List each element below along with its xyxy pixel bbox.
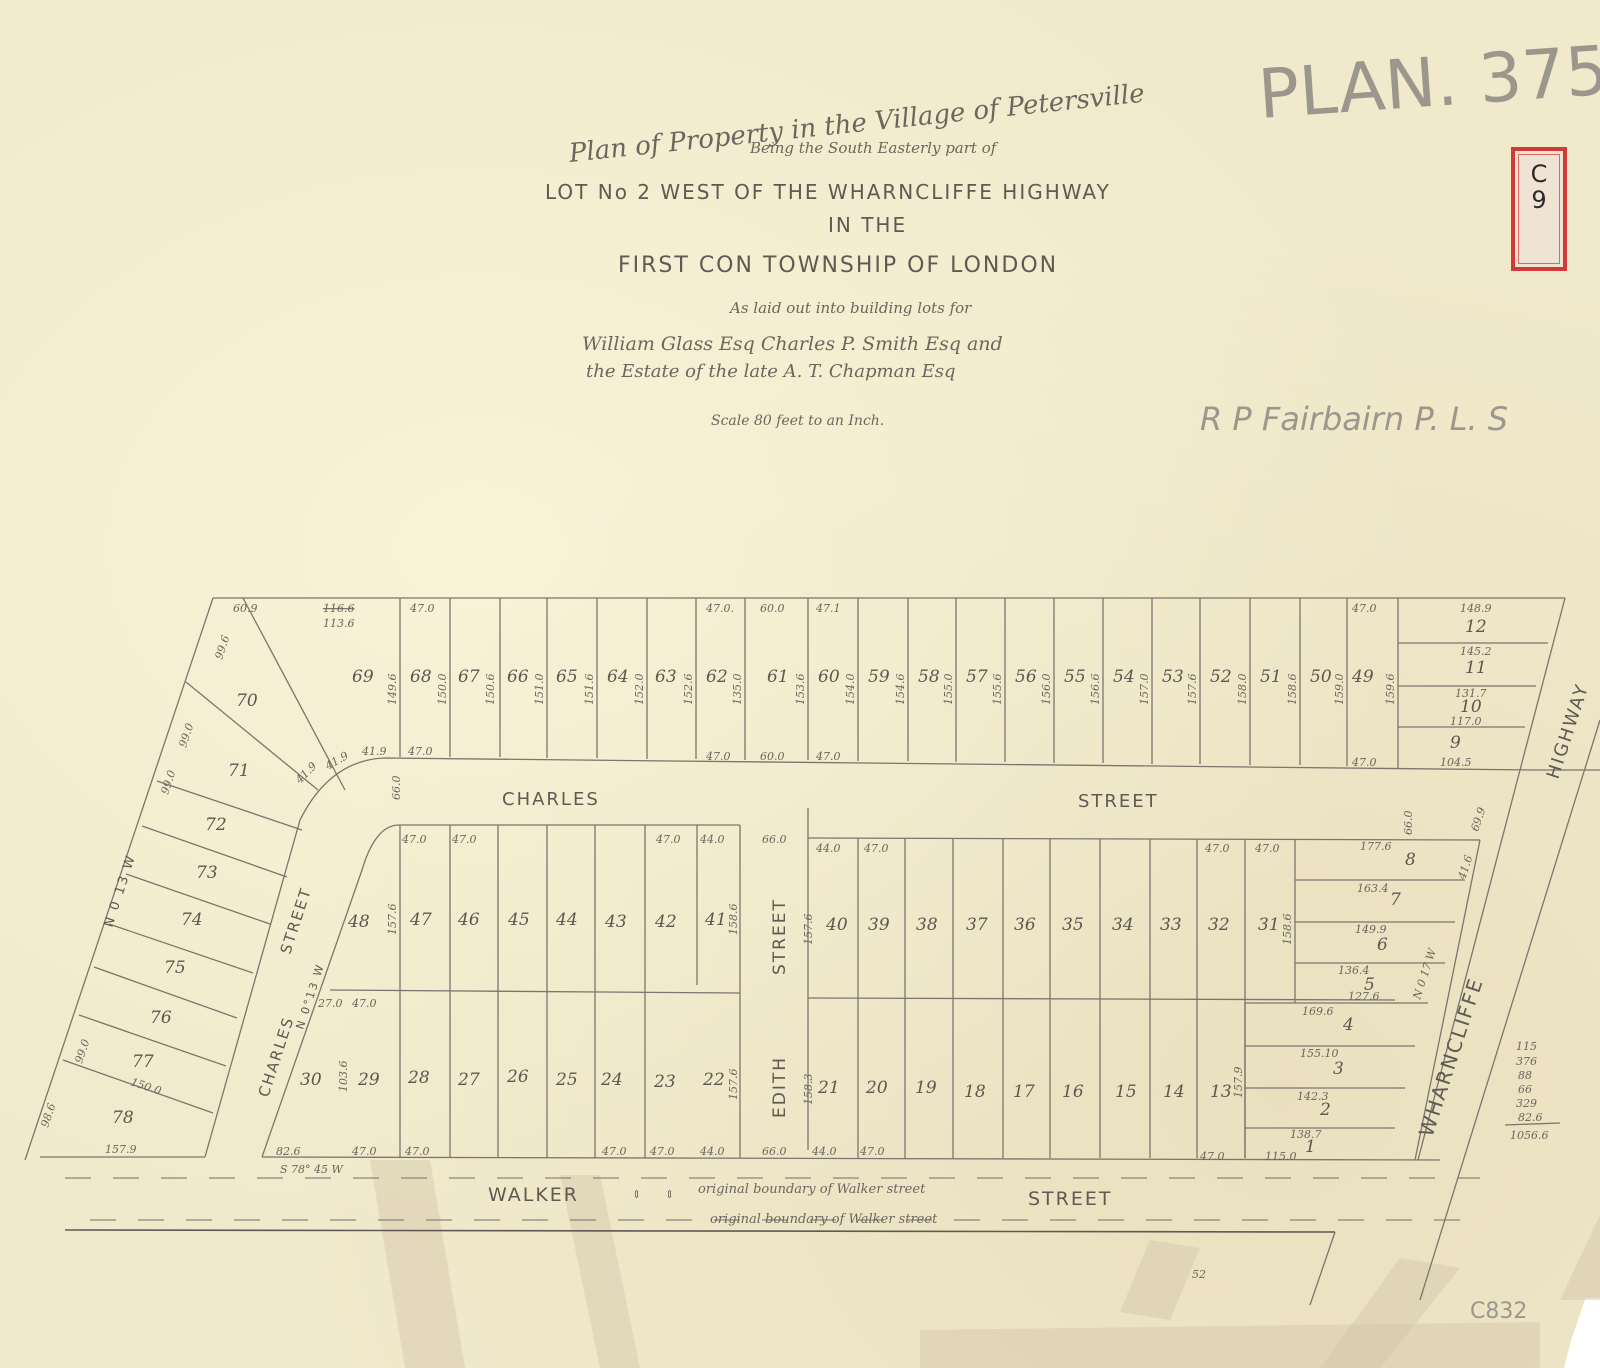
svg-text:29: 29 bbox=[357, 1070, 380, 1090]
svg-text:34: 34 bbox=[1112, 915, 1134, 935]
svg-text:163.4: 163.4 bbox=[1357, 882, 1389, 895]
svg-text:157.6: 157.6 bbox=[802, 914, 815, 946]
title-line-5: FIRST CON TOWNSHIP OF LONDON bbox=[618, 253, 1058, 278]
svg-text:15: 15 bbox=[1115, 1082, 1137, 1102]
svg-text:22: 22 bbox=[702, 1070, 725, 1090]
lot-number: 49 bbox=[1351, 667, 1374, 687]
svg-text:PLAN. 375: PLAN. 375 bbox=[1256, 32, 1600, 135]
title-line-3: LOT No 2 WEST OF THE WHARNCLIFFE HIGHWAY bbox=[545, 180, 1111, 204]
wharncliffe-low-lots: 169.6 4 155.10 3 142.3 2 138.7 1 bbox=[1290, 1005, 1354, 1157]
svg-text:1056.6: 1056.6 bbox=[1510, 1129, 1549, 1142]
svg-text:44.0: 44.0 bbox=[699, 1145, 725, 1158]
svg-text:152.0: 152.0 bbox=[633, 674, 646, 706]
catalogue-number: C832 bbox=[1470, 1299, 1527, 1324]
svg-text:116.6: 116.6 bbox=[323, 602, 355, 615]
svg-text:44: 44 bbox=[555, 910, 578, 930]
svg-text:158.0: 158.0 bbox=[1236, 674, 1249, 706]
svg-text:60.0: 60.0 bbox=[760, 602, 785, 615]
svg-text:19: 19 bbox=[915, 1078, 937, 1098]
svg-text:127.6: 127.6 bbox=[1348, 990, 1380, 1003]
lot-number: 62 bbox=[706, 667, 728, 687]
svg-text:47.0: 47.0 bbox=[1199, 1150, 1225, 1163]
survey-plan-sheet: C 9 PLAN. 375 Plan of Property in the Vi… bbox=[0, 0, 1600, 1368]
svg-text:157.9: 157.9 bbox=[1232, 1067, 1245, 1099]
street-label-edith-street: STREET bbox=[770, 898, 790, 975]
svg-text:159.0: 159.0 bbox=[1333, 674, 1346, 706]
title-line-7: William Glass Esq Charles P. Smith Esq a… bbox=[582, 333, 1003, 355]
svg-text:150.0: 150.0 bbox=[436, 674, 449, 706]
lot-number: 59 bbox=[868, 667, 890, 687]
svg-text:35: 35 bbox=[1062, 915, 1084, 935]
svg-text:21: 21 bbox=[817, 1078, 840, 1098]
lot-number: 54 bbox=[1113, 667, 1135, 687]
svg-text:10: 10 bbox=[1460, 697, 1482, 717]
street-label-charles-diagonal: CHARLES bbox=[255, 1014, 298, 1099]
svg-text:158.3: 158.3 bbox=[802, 1074, 815, 1106]
svg-text:103.6: 103.6 bbox=[337, 1061, 350, 1093]
bearing-walker: S 78° 45 W bbox=[280, 1163, 345, 1176]
svg-text:28: 28 bbox=[407, 1068, 430, 1088]
street-label-walker-street: STREET bbox=[1028, 1188, 1112, 1210]
svg-text:⇕: ⇕ bbox=[665, 1188, 674, 1201]
svg-text:46: 46 bbox=[457, 910, 480, 930]
svg-text:47.0.: 47.0. bbox=[705, 602, 734, 615]
svg-text:47.0: 47.0 bbox=[404, 1145, 430, 1158]
svg-text:12: 12 bbox=[1465, 617, 1487, 637]
title-line-6: As laid out into building lots for bbox=[728, 299, 972, 317]
svg-text:16: 16 bbox=[1062, 1082, 1084, 1102]
svg-text:159.6: 159.6 bbox=[1384, 674, 1397, 706]
svg-text:11: 11 bbox=[1465, 658, 1487, 678]
svg-text:47.0: 47.0 bbox=[401, 833, 427, 846]
svg-text:145.2: 145.2 bbox=[1460, 645, 1492, 658]
svg-text:154.6: 154.6 bbox=[894, 674, 907, 706]
svg-text:74: 74 bbox=[181, 910, 203, 930]
svg-text:115.0: 115.0 bbox=[1265, 1150, 1297, 1163]
svg-text:31: 31 bbox=[1258, 915, 1280, 935]
row3-west-lots: 30 29 28 27 26 25 24 23 22 27.0 47.0 103… bbox=[276, 997, 740, 1158]
lot-number: 60 bbox=[818, 667, 840, 687]
lot-number: 68 bbox=[410, 667, 432, 687]
svg-text:47.0: 47.0 bbox=[815, 750, 841, 763]
svg-text:157.0: 157.0 bbox=[1138, 674, 1151, 706]
title-line-8: the Estate of the late A. T. Chapman Esq bbox=[586, 361, 956, 382]
lot-number: 52 bbox=[1210, 667, 1232, 687]
street-label-street-top: STREET bbox=[1078, 791, 1159, 812]
svg-text:76: 76 bbox=[150, 1008, 172, 1028]
row2-east-lots: 40 39 38 37 36 35 34 33 32 31 44.0 47.0 … bbox=[802, 842, 1294, 945]
svg-text:66.0: 66.0 bbox=[762, 1145, 787, 1158]
svg-text:26: 26 bbox=[506, 1067, 529, 1087]
surveyor-signature: R P Fairbairn P. L. S bbox=[1200, 400, 1508, 438]
svg-text:157.6: 157.6 bbox=[727, 1069, 740, 1101]
svg-text:44.0: 44.0 bbox=[815, 842, 841, 855]
svg-text:88: 88 bbox=[1518, 1069, 1532, 1082]
plan-number: PLAN. 375 bbox=[1256, 32, 1600, 135]
plan-linework bbox=[25, 598, 1600, 1305]
svg-text:44.0: 44.0 bbox=[811, 1145, 837, 1158]
original-boundary-note-1: original boundary of Walker street bbox=[698, 1182, 926, 1197]
svg-text:3: 3 bbox=[1333, 1059, 1344, 1079]
svg-text:157.9: 157.9 bbox=[105, 1143, 137, 1156]
svg-text:47.0: 47.0 bbox=[409, 602, 435, 615]
svg-text:329: 329 bbox=[1516, 1097, 1537, 1110]
svg-text:23: 23 bbox=[653, 1072, 676, 1092]
svg-text:1: 1 bbox=[1305, 1137, 1316, 1157]
svg-text:7: 7 bbox=[1390, 890, 1401, 910]
pencil-note: 52 bbox=[1192, 1268, 1206, 1281]
svg-text:47.0: 47.0 bbox=[863, 842, 889, 855]
svg-text:73: 73 bbox=[196, 863, 218, 883]
svg-text:2: 2 bbox=[1319, 1100, 1331, 1120]
svg-text:47.0: 47.0 bbox=[1204, 842, 1230, 855]
svg-text:156.6: 156.6 bbox=[1089, 674, 1102, 706]
row1-depths: 149.6 150.0 150.6 151.0 151.6 152.0 152.… bbox=[386, 674, 1397, 706]
svg-text:41.9: 41.9 bbox=[292, 760, 319, 787]
svg-text:104.5: 104.5 bbox=[1440, 756, 1472, 769]
svg-text:27: 27 bbox=[457, 1070, 480, 1090]
svg-text:99.0: 99.0 bbox=[176, 722, 196, 749]
svg-text:41.9: 41.9 bbox=[322, 749, 351, 773]
svg-text:148.9: 148.9 bbox=[1460, 602, 1492, 615]
svg-text:20: 20 bbox=[865, 1078, 888, 1098]
svg-text:70: 70 bbox=[236, 691, 258, 711]
svg-text:177.6: 177.6 bbox=[1360, 840, 1392, 853]
svg-text:27.0: 27.0 bbox=[317, 997, 343, 1010]
svg-text:151.6: 151.6 bbox=[583, 674, 596, 706]
svg-text:25: 25 bbox=[555, 1070, 578, 1090]
svg-text:150.6: 150.6 bbox=[484, 674, 497, 706]
svg-text:72: 72 bbox=[205, 815, 227, 835]
svg-text:60.0: 60.0 bbox=[760, 750, 785, 763]
lot-number: 61 bbox=[767, 667, 789, 687]
svg-text:47.0: 47.0 bbox=[351, 1145, 377, 1158]
svg-text:66: 66 bbox=[1518, 1083, 1532, 1096]
lot-number: 57 bbox=[966, 667, 988, 687]
lot-number: 55 bbox=[1064, 667, 1086, 687]
svg-text:66.0: 66.0 bbox=[390, 776, 403, 801]
svg-text:41: 41 bbox=[704, 910, 727, 930]
svg-text:82.6: 82.6 bbox=[1518, 1111, 1543, 1124]
svg-text:44.0: 44.0 bbox=[699, 833, 725, 846]
bearing-wharncliffe: N 0 17 W bbox=[1410, 945, 1439, 1001]
svg-text:47.0: 47.0 bbox=[705, 750, 731, 763]
svg-text:152.6: 152.6 bbox=[682, 674, 695, 706]
svg-text:157.6: 157.6 bbox=[386, 904, 399, 936]
svg-text:18: 18 bbox=[964, 1082, 986, 1102]
svg-text:45: 45 bbox=[507, 910, 530, 930]
svg-text:⇕: ⇕ bbox=[632, 1188, 641, 1201]
svg-text:37: 37 bbox=[966, 915, 988, 935]
svg-text:47.0: 47.0 bbox=[1351, 602, 1377, 615]
svg-text:47.0: 47.0 bbox=[451, 833, 477, 846]
svg-text:77: 77 bbox=[132, 1052, 154, 1072]
svg-text:155.0: 155.0 bbox=[942, 674, 955, 706]
svg-text:71: 71 bbox=[228, 761, 250, 781]
bearing-west: N 0 13 W bbox=[102, 853, 140, 930]
svg-text:98.6: 98.6 bbox=[38, 1102, 58, 1129]
svg-text:48: 48 bbox=[347, 912, 370, 932]
lot-number: 51 bbox=[1260, 667, 1282, 687]
lot-number: 53 bbox=[1162, 667, 1184, 687]
svg-text:156.0: 156.0 bbox=[1040, 674, 1053, 706]
lot-number: 50 bbox=[1310, 667, 1332, 687]
lot-number: 63 bbox=[655, 667, 677, 687]
scale-note: Scale 80 feet to an Inch. bbox=[711, 413, 884, 429]
svg-text:99.6: 99.6 bbox=[212, 634, 232, 661]
svg-text:33: 33 bbox=[1160, 915, 1182, 935]
svg-text:38: 38 bbox=[916, 915, 938, 935]
svg-text:32: 32 bbox=[1208, 915, 1230, 935]
svg-text:36: 36 bbox=[1014, 915, 1036, 935]
svg-text:60.9: 60.9 bbox=[233, 602, 258, 615]
street-label-edith: EDITH bbox=[770, 1056, 790, 1118]
svg-text:376: 376 bbox=[1516, 1055, 1537, 1068]
svg-text:149.6: 149.6 bbox=[386, 674, 399, 706]
svg-text:47.1: 47.1 bbox=[815, 602, 841, 615]
svg-text:43: 43 bbox=[604, 912, 627, 932]
tally-column: 115 376 88 66 329 82.6 1056.6 bbox=[1505, 1040, 1560, 1142]
plan-drawing: PLAN. 375 Plan of Property in the Villag… bbox=[0, 0, 1600, 1368]
svg-text:17: 17 bbox=[1013, 1082, 1035, 1102]
svg-text:135.0: 135.0 bbox=[731, 674, 744, 706]
svg-text:158.6: 158.6 bbox=[1286, 674, 1299, 706]
lot-number: 69 bbox=[352, 667, 374, 687]
wharncliffe-mid-lots: 177.6 8 163.4 7 149.9 6 136.4 5 127.6 66… bbox=[1338, 806, 1488, 1003]
svg-text:158.6: 158.6 bbox=[1281, 914, 1294, 946]
title-line-4: IN THE bbox=[828, 213, 907, 237]
svg-text:151.0: 151.0 bbox=[533, 674, 546, 706]
svg-text:24: 24 bbox=[600, 1070, 623, 1090]
row3-east-lots: 21 20 19 18 17 16 15 14 13 158.3 66.0 44… bbox=[762, 1067, 1297, 1164]
svg-text:115: 115 bbox=[1516, 1040, 1537, 1053]
svg-text:69.9: 69.9 bbox=[1468, 806, 1488, 833]
original-boundary-note-2: original boundary of Walker street bbox=[710, 1212, 938, 1227]
svg-text:42: 42 bbox=[654, 912, 677, 932]
svg-text:47.0: 47.0 bbox=[351, 997, 377, 1010]
svg-text:169.6: 169.6 bbox=[1302, 1005, 1334, 1018]
street-label-charles: CHARLES bbox=[502, 789, 600, 810]
svg-text:75: 75 bbox=[164, 958, 186, 978]
svg-text:30: 30 bbox=[300, 1070, 322, 1090]
svg-text:41.9: 41.9 bbox=[361, 745, 387, 758]
svg-text:40: 40 bbox=[825, 915, 848, 935]
svg-text:154.0: 154.0 bbox=[844, 674, 857, 706]
svg-text:99.0: 99.0 bbox=[72, 1038, 92, 1065]
lot-number: 64 bbox=[607, 667, 629, 687]
lot-number: 67 bbox=[458, 667, 480, 687]
svg-text:47.0: 47.0 bbox=[1254, 842, 1280, 855]
svg-text:78: 78 bbox=[112, 1108, 134, 1128]
svg-text:157.6: 157.6 bbox=[1186, 674, 1199, 706]
svg-text:4: 4 bbox=[1342, 1015, 1354, 1035]
svg-text:14: 14 bbox=[1163, 1082, 1185, 1102]
svg-text:47.0: 47.0 bbox=[859, 1145, 885, 1158]
svg-text:47.0: 47.0 bbox=[1351, 756, 1377, 769]
svg-text:47.0: 47.0 bbox=[407, 745, 433, 758]
svg-text:47.0: 47.0 bbox=[601, 1145, 627, 1158]
svg-text:47: 47 bbox=[409, 910, 432, 930]
svg-text:39: 39 bbox=[868, 915, 890, 935]
street-label-walker: WALKER bbox=[488, 1184, 579, 1206]
street-label-street-diagonal: STREET bbox=[277, 885, 316, 956]
svg-text:153.6: 153.6 bbox=[794, 674, 807, 706]
svg-text:82.6: 82.6 bbox=[276, 1145, 301, 1158]
svg-text:158.6: 158.6 bbox=[727, 904, 740, 936]
svg-text:113.6: 113.6 bbox=[323, 617, 355, 630]
svg-text:6: 6 bbox=[1377, 935, 1388, 955]
title-line-2: Being the South Easterly part of bbox=[749, 139, 999, 157]
lot-number: 56 bbox=[1015, 667, 1037, 687]
svg-text:155.6: 155.6 bbox=[991, 674, 1004, 706]
svg-text:66.0: 66.0 bbox=[1402, 811, 1415, 836]
svg-text:8: 8 bbox=[1405, 850, 1416, 870]
svg-text:9: 9 bbox=[1450, 733, 1461, 753]
row1-lots: 69 68 67 66 65 64 63 62 61 60 59 58 57 5… bbox=[352, 667, 1374, 687]
svg-text:13: 13 bbox=[1210, 1082, 1232, 1102]
lot-number: 58 bbox=[918, 667, 940, 687]
lot-number: 65 bbox=[556, 667, 578, 687]
title-block: Plan of Property in the Village of Peter… bbox=[545, 79, 1146, 429]
lot-number: 66 bbox=[507, 667, 529, 687]
svg-text:117.0: 117.0 bbox=[1450, 715, 1482, 728]
svg-text:150.0: 150.0 bbox=[129, 1075, 163, 1097]
svg-text:47.0: 47.0 bbox=[649, 1145, 675, 1158]
svg-text:99.0: 99.0 bbox=[158, 769, 178, 796]
svg-text:47.0: 47.0 bbox=[655, 833, 681, 846]
svg-text:66.0: 66.0 bbox=[762, 833, 787, 846]
